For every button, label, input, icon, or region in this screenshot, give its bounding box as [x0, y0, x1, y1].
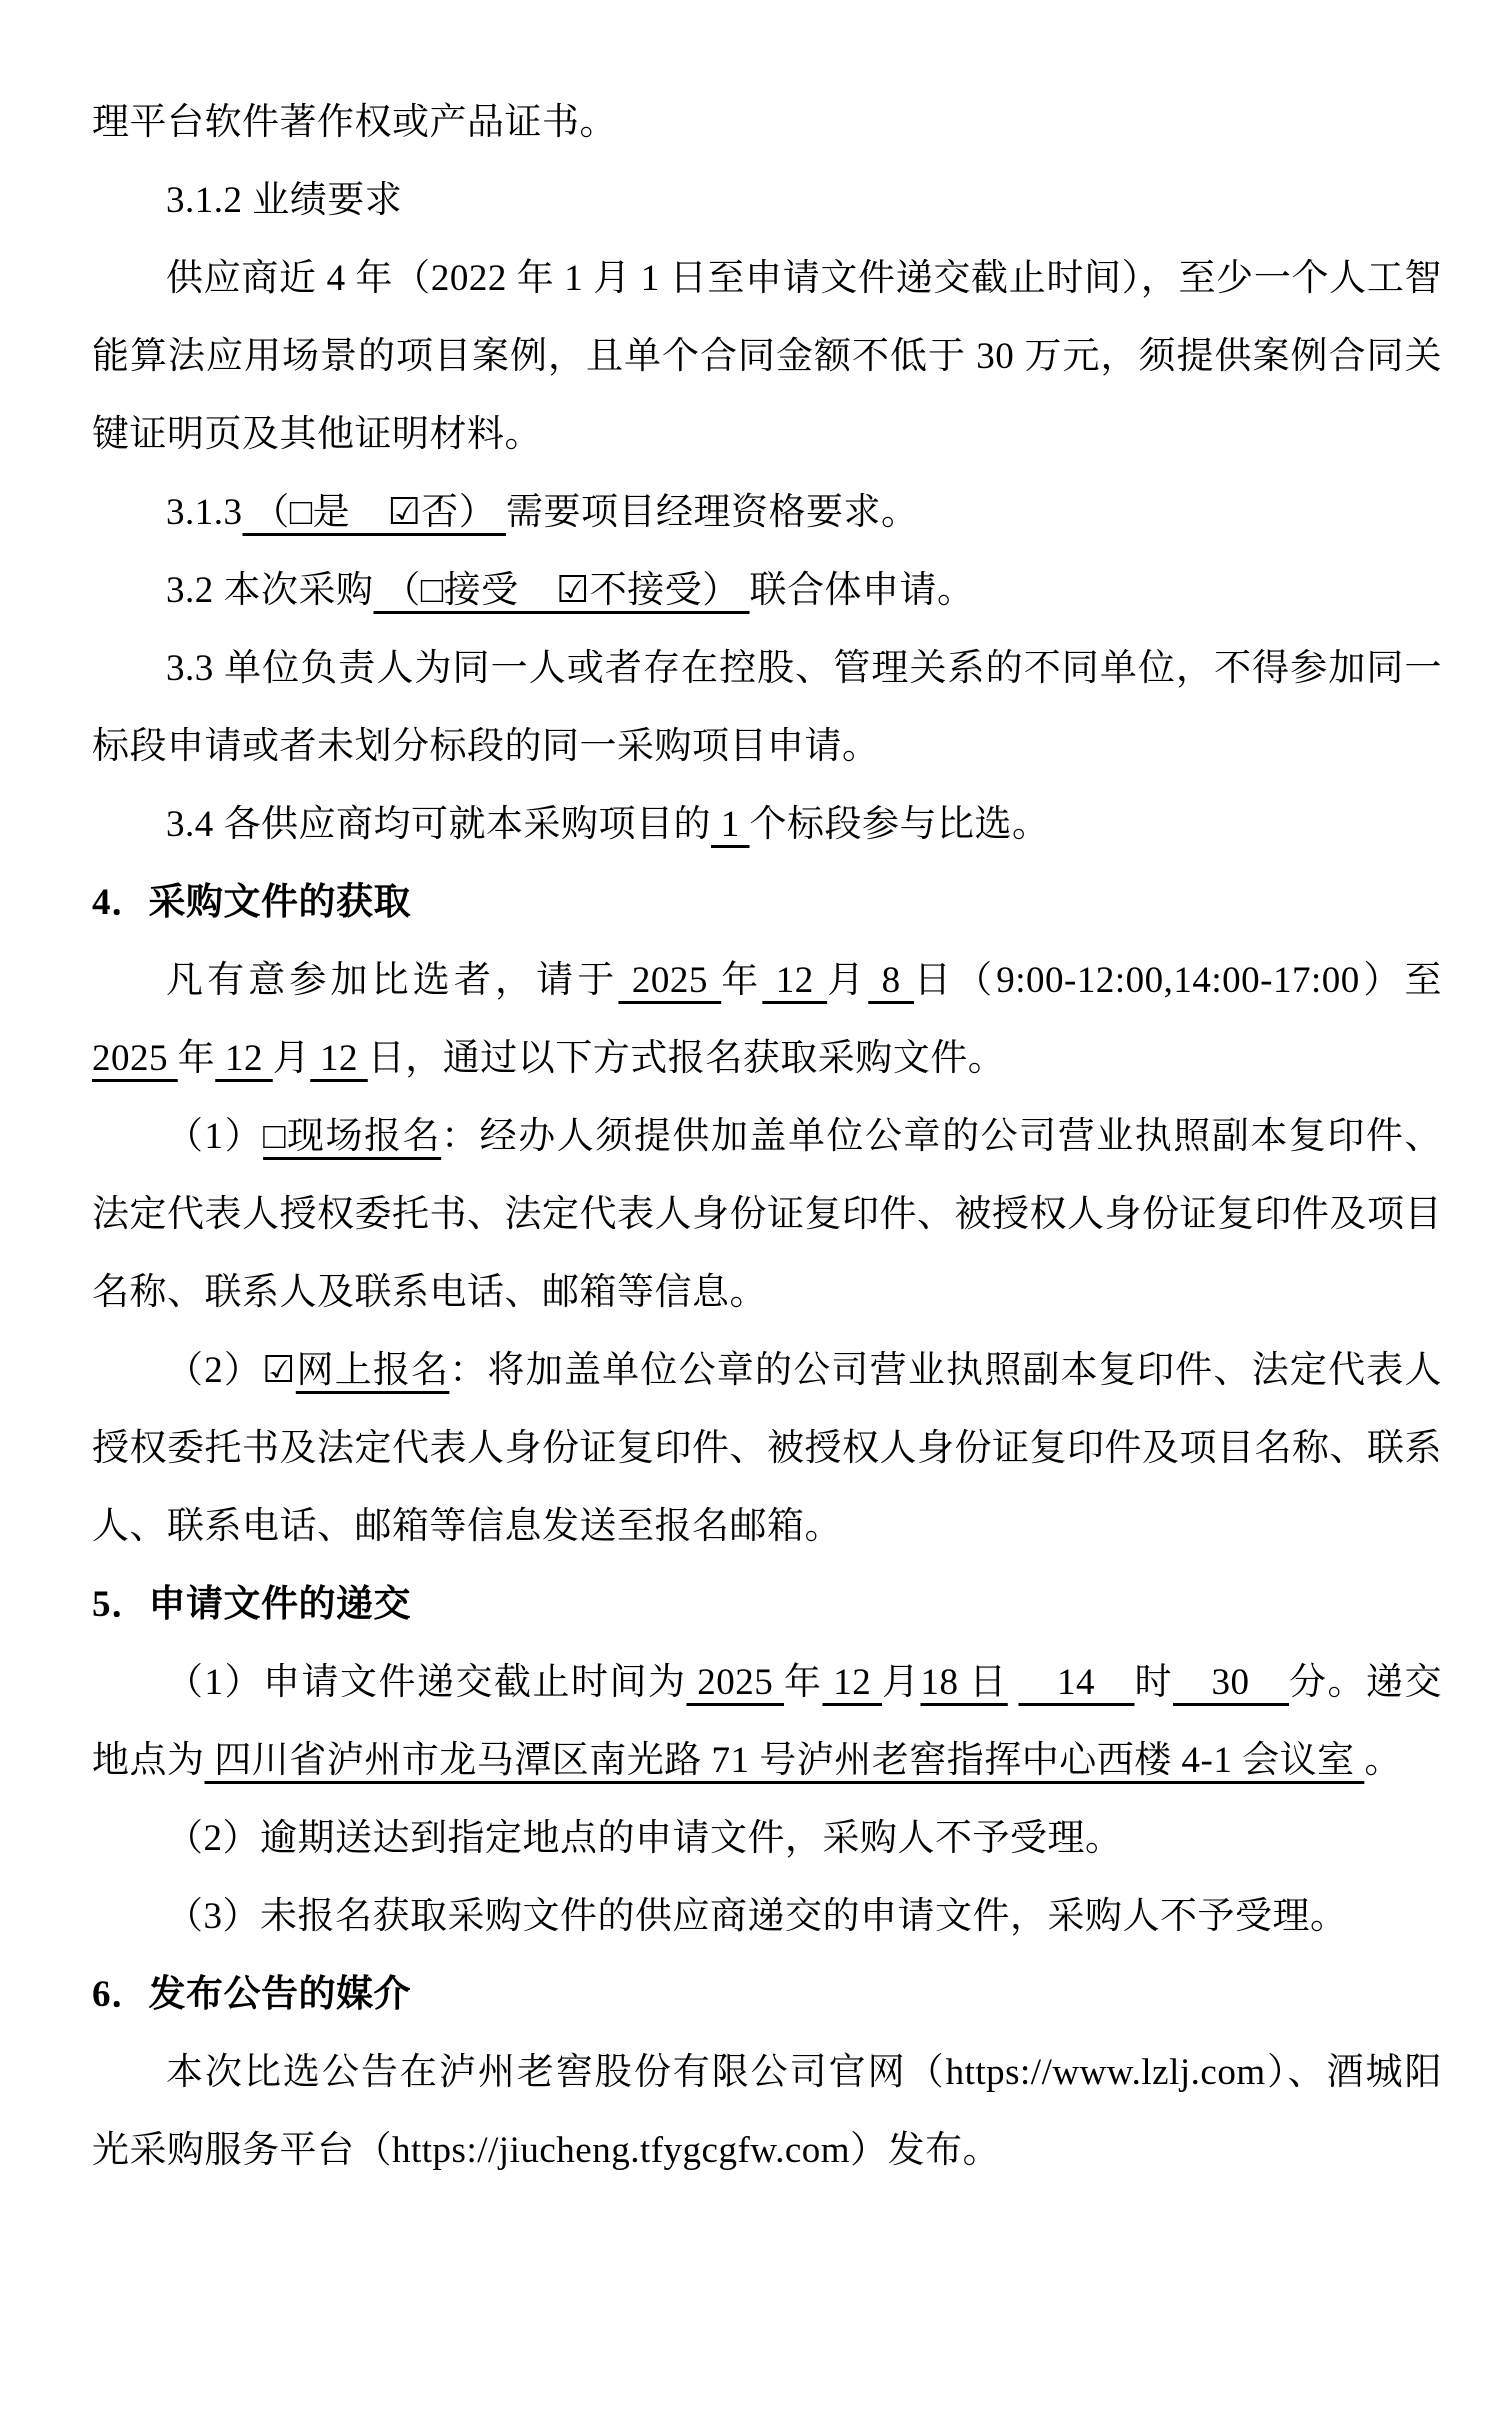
section-heading: 4．采购文件的获取 — [92, 864, 1442, 942]
text-run: 日，通过以下方式报名获取采购文件。 — [368, 1038, 1006, 1079]
paragraph: 供应商近 4 年（2022 年 1 月 1 日至申请文件递交截止时间），至少一个… — [92, 240, 1442, 474]
filled-blank: 四川省泸州市龙马潭区南光路 71 号泸州老窖指挥中心西楼 4-1 会议室 — [205, 1740, 1365, 1781]
filled-blank: （□接受 ☑不接受） — [374, 570, 750, 611]
paragraph: （2）☑网上报名：将加盖单位公章的公司营业执照副本复印件、法定代表人授权委托书及… — [92, 1332, 1442, 1566]
text-run: 日（9:00-12:00,14:00-17:00）至 — [914, 960, 1442, 1001]
text-run: 月 — [882, 1662, 921, 1703]
text-run: 6．发布公告的媒介 — [92, 1974, 411, 2015]
text-run: 理平台软件著作权或产品证书。 — [92, 102, 617, 143]
text-run: 时 — [1135, 1662, 1174, 1703]
text-run: 年 — [178, 1038, 216, 1079]
filled-blank: 12 — [215, 1038, 273, 1079]
text-run: 3.1.3 — [166, 492, 243, 533]
paragraph: 3.3 单位负责人为同一人或者存在控股、管理关系的不同单位，不得参加同一标段申请… — [92, 630, 1442, 786]
filled-blank: 2025 — [92, 1038, 178, 1079]
filled-blank: 30 — [1173, 1662, 1289, 1703]
filled-blank: 网上报名 — [296, 1350, 450, 1391]
paragraph: 理平台软件著作权或产品证书。 — [92, 84, 1442, 162]
section-heading: 5．申请文件的递交 — [92, 1566, 1442, 1644]
text-run: （1） — [166, 1116, 263, 1157]
section-heading: 6．发布公告的媒介 — [92, 1956, 1442, 2034]
text-run: 年 — [721, 960, 762, 1001]
text-run: 3.2 本次采购 — [166, 570, 374, 611]
text-run: 供应商近 4 年（2022 年 1 月 1 日至申请文件递交截止时间），至少一个… — [92, 258, 1442, 455]
paragraph: 3.2 本次采购 （□接受 ☑不接受） 联合体申请。 — [92, 552, 1442, 630]
text-run: 3.4 各供应商均可就本采购项目的 — [166, 804, 711, 845]
text-run: 个标段参与比选。 — [750, 804, 1050, 845]
filled-blank: 14 — [1019, 1662, 1135, 1703]
text-run: （1）申请文件递交截止时间为 — [166, 1662, 687, 1703]
paragraph: 3.4 各供应商均可就本采购项目的 1 个标段参与比选。 — [92, 786, 1442, 864]
filled-blank: 8 — [868, 960, 914, 1001]
filled-blank: 12 — [823, 1662, 883, 1703]
paragraph: （1）申请文件递交截止时间为 2025 年 12 月18 日 14 时 30 分… — [92, 1644, 1442, 1800]
paragraph: （1）□现场报名：经办人须提供加盖单位公章的公司营业执照副本复印件、法定代表人授… — [92, 1098, 1442, 1332]
filled-blank: □现场报名 — [263, 1116, 441, 1157]
text-run: 4．采购文件的获取 — [92, 882, 411, 923]
text-run: （3）未报名获取采购文件的供应商递交的申请文件，采购人不予受理。 — [166, 1896, 1348, 1937]
document-body: 理平台软件著作权或产品证书。3.1.2 业绩要求供应商近 4 年（2022 年 … — [0, 0, 1500, 2190]
text-run: 5．申请文件的递交 — [92, 1584, 411, 1625]
paragraph: 凡有意参加比选者，请于 2025 年 12 月 8 日（9:00-12:00,1… — [92, 942, 1442, 1098]
filled-blank: 12 — [762, 960, 827, 1001]
text-run: 月 — [827, 960, 868, 1001]
filled-blank: 12 — [310, 1038, 368, 1079]
paragraph: 3.1.2 业绩要求 — [92, 162, 1442, 240]
filled-blank: 18 日 — [921, 1662, 1008, 1703]
text-run — [1008, 1662, 1019, 1703]
filled-blank: （□是 ☑否） — [243, 492, 507, 533]
text-run: 3.1.2 业绩要求 — [166, 180, 402, 221]
text-run: 3.3 单位负责人为同一人或者存在控股、管理关系的不同单位，不得参加同一标段申请… — [92, 648, 1442, 767]
text-run: 年 — [784, 1662, 823, 1703]
paragraph: 3.1.3 （□是 ☑否） 需要项目经理资格要求。 — [92, 474, 1442, 552]
text-run: 月 — [273, 1038, 311, 1079]
text-run: （2）☑ — [166, 1350, 296, 1391]
text-run: 。 — [1364, 1740, 1402, 1781]
text-run: （2）逾期送达到指定地点的申请文件，采购人不予受理。 — [166, 1818, 1123, 1859]
document-page: { "page": { "background": "#ffffff", "te… — [0, 0, 1500, 2430]
paragraph: （3）未报名获取采购文件的供应商递交的申请文件，采购人不予受理。 — [92, 1878, 1442, 1956]
text-run: 需要项目经理资格要求。 — [506, 492, 919, 533]
text-run: 凡有意参加比选者，请于 — [166, 960, 618, 1001]
paragraph: （2）逾期送达到指定地点的申请文件，采购人不予受理。 — [92, 1800, 1442, 1878]
text-run: 本次比选公告在泸州老窖股份有限公司官网（https://www.lzlj.com… — [92, 2052, 1442, 2171]
filled-blank: 2025 — [618, 960, 721, 1001]
paragraph: 本次比选公告在泸州老窖股份有限公司官网（https://www.lzlj.com… — [92, 2034, 1442, 2190]
filled-blank: 1 — [711, 804, 750, 845]
filled-blank: 2025 — [687, 1662, 785, 1703]
text-run: 联合体申请。 — [750, 570, 975, 611]
